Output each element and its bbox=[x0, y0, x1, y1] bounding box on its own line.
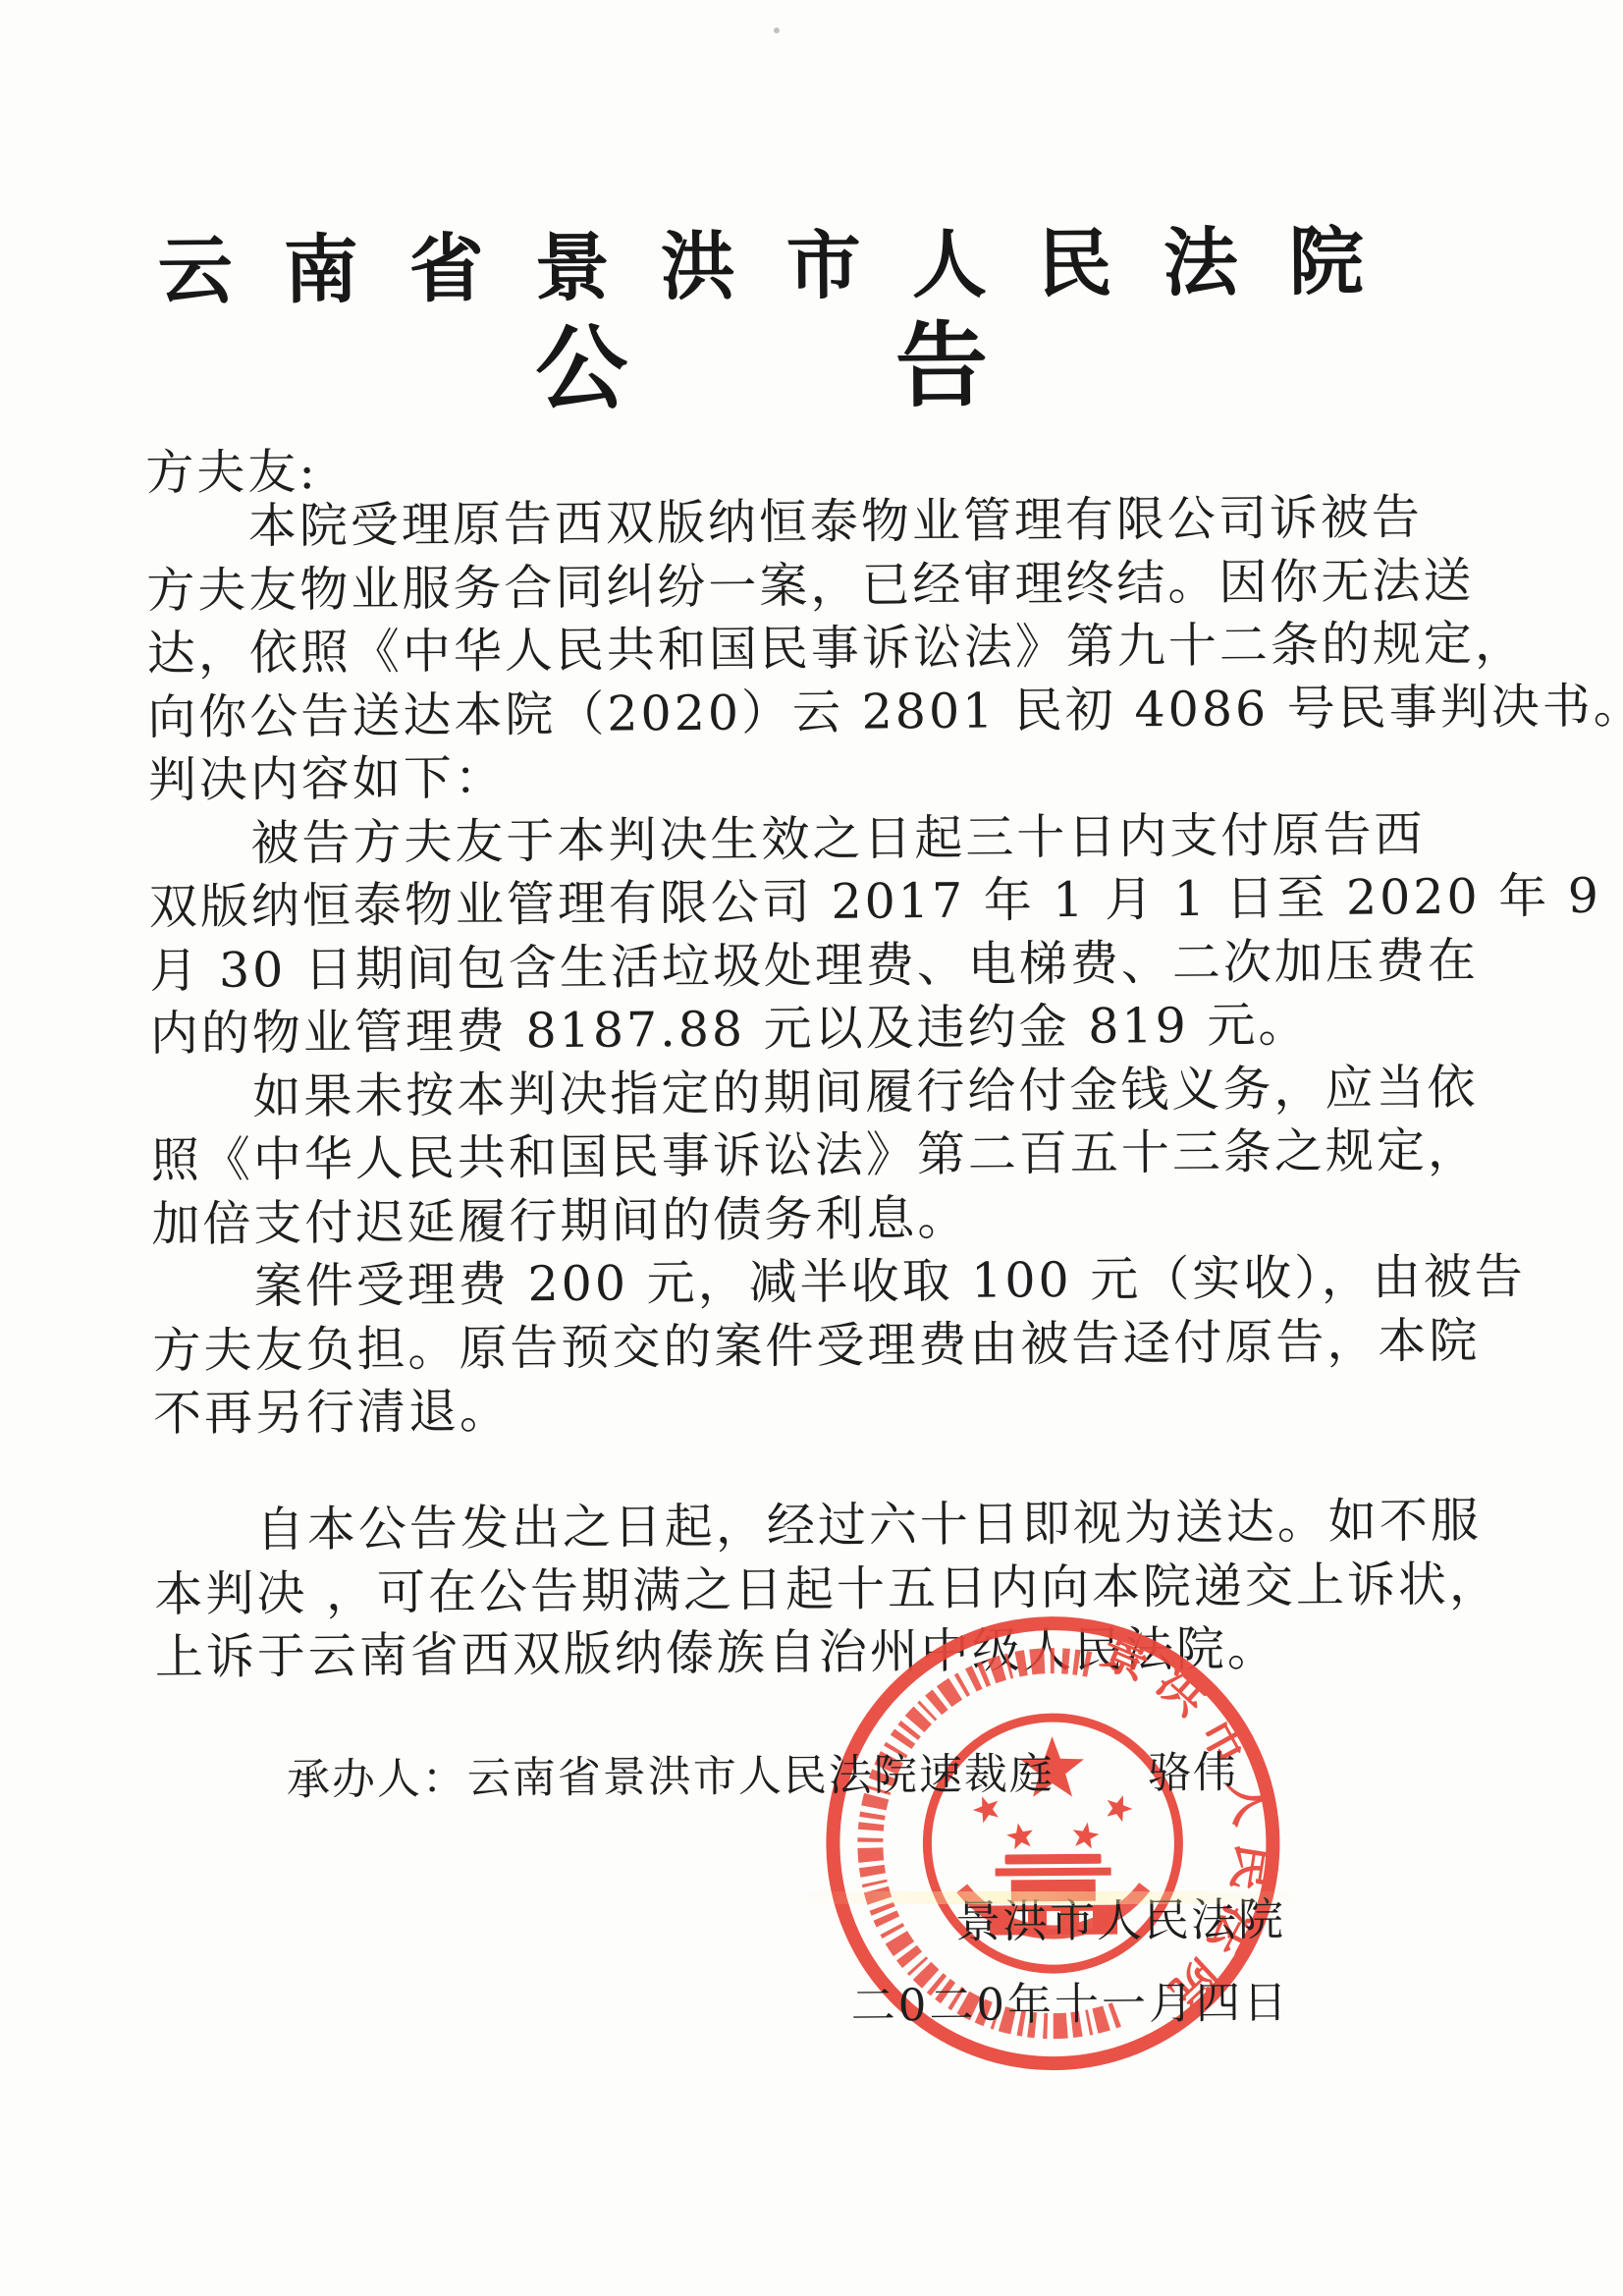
body-line: 加倍支付迟延履行期间的债务利息。 bbox=[151, 1182, 1506, 1256]
body-line: 达，依照《中华人民共和国民事诉讼法》第九十二条的规定， bbox=[147, 612, 1502, 685]
body-line: 自本公告发出之日起，经过六十日即视为送达。如不服 bbox=[154, 1489, 1509, 1562]
body-paragraphs-main: 本院受理原告西双版纳恒泰物业管理有限公司诉被告 方夫友物业服务合同纠纷一案，已经… bbox=[146, 485, 1509, 1446]
body-line: 方夫友物业服务合同纠纷一案，已经审理终结。因你无法送 bbox=[146, 549, 1501, 623]
body-line: 案件受理费 200 元，减半收取 100 元（实收），由被告 bbox=[152, 1245, 1507, 1319]
document-content: 云南省景洪市人民法院 公 告 方夫友: 本院受理原告西双版纳恒泰物业管理有限公司… bbox=[0, 0, 1623, 2296]
body-line: 照《中华人民共和国民事诉讼法》第二百五十三条之规定， bbox=[151, 1119, 1506, 1192]
notice-title: 公 告 bbox=[0, 287, 1528, 431]
body-line: 方夫友负担。原告预交的案件受理费由被告迳付原告，本院 bbox=[152, 1309, 1507, 1383]
body-line: 不再另行清退。 bbox=[153, 1372, 1508, 1446]
body-line: 内的物业管理费 8187.88 元以及违约金 819 元。 bbox=[150, 992, 1505, 1066]
seal-small-star-icon bbox=[1070, 1821, 1101, 1850]
body-line: 向你公告送达本院（2020）云 2801 民初 4086 号民事判决书。 bbox=[147, 676, 1502, 749]
body-line: 双版纳恒泰物业管理有限公司 2017 年 1 月 1 日至 2020 年 9 bbox=[149, 865, 1504, 939]
court-notice-page: 云南省景洪市人民法院 公 告 方夫友: 本院受理原告西双版纳恒泰物业管理有限公司… bbox=[0, 0, 1623, 2296]
handler-name: 骆伟 bbox=[1148, 1748, 1238, 1799]
seal-small-star-icon bbox=[1004, 1821, 1035, 1850]
addressee-line: 方夫友: bbox=[145, 434, 318, 504]
body-line: 本院受理原告西双版纳恒泰物业管理有限公司诉被告 bbox=[146, 485, 1501, 559]
signature-court: 景洪市人民法院 bbox=[955, 1884, 1286, 1951]
handler-label: 承办人： bbox=[287, 1754, 467, 1805]
signature-date: 二0二0年十一月四日 bbox=[850, 1966, 1290, 2034]
body-line: 月 30 日期间包含生活垃圾处理费、电梯费、二次加压费在 bbox=[149, 929, 1504, 1003]
body-line: 如果未按本判决指定的期间履行给付金钱义务，应当依 bbox=[150, 1056, 1505, 1129]
body-line: 被告方夫友于本判决生效之日起三十日内支付原告西 bbox=[148, 802, 1503, 876]
handler-line: 承办人：云南省景洪市人民法院速裁庭骆伟 bbox=[156, 1737, 1238, 1809]
handler-court: 云南省景洪市人民法院速裁庭 bbox=[467, 1749, 1055, 1804]
body-line: 判决内容如下： bbox=[148, 738, 1503, 812]
